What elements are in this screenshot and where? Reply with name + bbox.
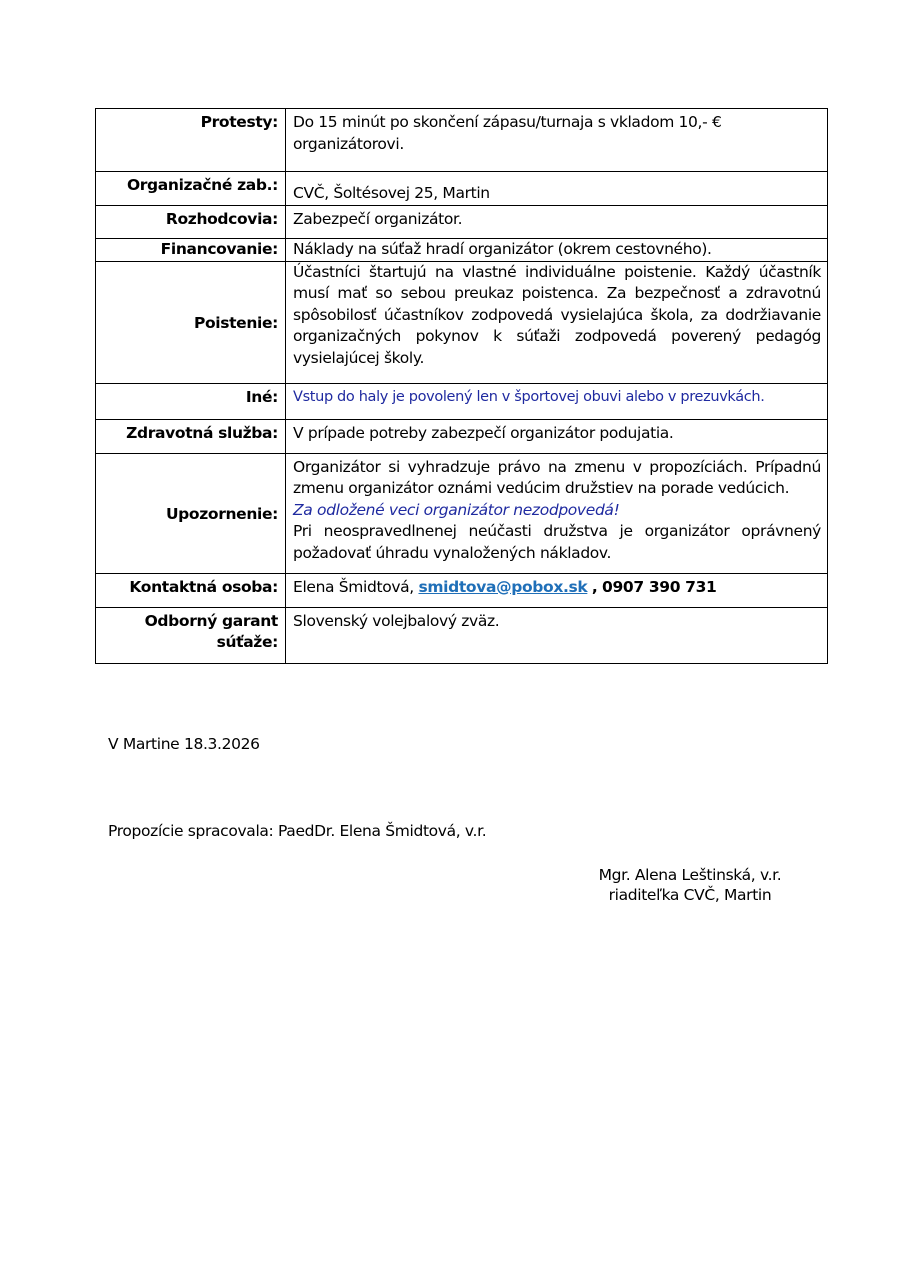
row-value: Elena Šmidtová, smidtova@pobox.sk , 0907… bbox=[286, 573, 828, 607]
row-value: V prípade potreby zabezpečí organizátor … bbox=[286, 419, 828, 453]
row-value: Náklady na súťaž hradí organizátor (okre… bbox=[286, 239, 828, 262]
table-row: Poistenie: Účastníci štartujú na vlastné… bbox=[96, 261, 828, 383]
row-label: Poistenie: bbox=[96, 261, 286, 383]
row-value: Účastníci štartujú na vlastné individuál… bbox=[286, 261, 828, 383]
table-row: Financovanie: Náklady na súťaž hradí org… bbox=[96, 239, 828, 262]
signature-name: Mgr. Alena Leštinská, v.r. bbox=[560, 865, 820, 885]
row-value: Vstup do haly je povolený len v športove… bbox=[286, 383, 828, 419]
row-label: Financovanie: bbox=[96, 239, 286, 262]
row-label: Organizačné zab.: bbox=[96, 172, 286, 206]
row-value: Slovenský volejbalový zväz. bbox=[286, 607, 828, 663]
row-value: Organizátor si vyhradzuje právo na zmenu… bbox=[286, 453, 828, 573]
row-value: Do 15 minút po skončení zápasu/turnaja s… bbox=[286, 109, 828, 172]
document-page: Protesty: Do 15 minút po skončení zápasu… bbox=[0, 0, 905, 1280]
row-label: Zdravotná služba: bbox=[96, 419, 286, 453]
table-row: Odborný garant súťaže: Slovenský volejba… bbox=[96, 607, 828, 663]
label-line: Odborný garant bbox=[96, 611, 278, 633]
row-value: Zabezpečí organizátor. bbox=[286, 206, 828, 239]
row-label: Upozornenie: bbox=[96, 453, 286, 573]
row-label: Iné: bbox=[96, 383, 286, 419]
contact-phone: 0907 390 731 bbox=[602, 578, 716, 596]
table-row: Zdravotná služba: V prípade potreby zabe… bbox=[96, 419, 828, 453]
table-row: Iné: Vstup do haly je povolený len v špo… bbox=[96, 383, 828, 419]
table-row: Organizačné zab.: CVČ, Šoltésovej 25, Ma… bbox=[96, 172, 828, 206]
row-label: Protesty: bbox=[96, 109, 286, 172]
row-label: Kontaktná osoba: bbox=[96, 573, 286, 607]
row-label: Rozhodcovia: bbox=[96, 206, 286, 239]
notice-italic-text: Za odložené veci organizátor nezodpovedá… bbox=[293, 500, 821, 522]
row-value: CVČ, Šoltésovej 25, Martin bbox=[286, 172, 828, 206]
value-line: organizátorovi. bbox=[293, 134, 821, 156]
notice-text-2: Pri neospravedlnenej neúčasti družstva j… bbox=[293, 521, 821, 564]
contact-name: Elena Šmidtová, bbox=[293, 578, 414, 596]
propositions-table: Protesty: Do 15 minút po skončení zápasu… bbox=[95, 108, 828, 664]
prepared-by: Propozície spracovala: PaedDr. Elena Šmi… bbox=[108, 821, 486, 841]
contact-separator: , bbox=[592, 578, 598, 596]
label-line: súťaže: bbox=[96, 632, 278, 654]
signature-block: Mgr. Alena Leštinská, v.r. riaditeľka CV… bbox=[560, 865, 820, 905]
table-row: Protesty: Do 15 minút po skončení zápasu… bbox=[96, 109, 828, 172]
date-line: V Martine 18.3.2026 bbox=[108, 734, 260, 754]
table-row: Upozornenie: Organizátor si vyhradzuje p… bbox=[96, 453, 828, 573]
table-row: Kontaktná osoba: Elena Šmidtová, smidtov… bbox=[96, 573, 828, 607]
contact-email-link[interactable]: smidtova@pobox.sk bbox=[418, 578, 587, 596]
table-row: Rozhodcovia: Zabezpečí organizátor. bbox=[96, 206, 828, 239]
notice-text: Organizátor si vyhradzuje právo na zmenu… bbox=[293, 457, 821, 500]
value-line: Do 15 minút po skončení zápasu/turnaja s… bbox=[293, 112, 821, 134]
signature-title: riaditeľka CVČ, Martin bbox=[560, 885, 820, 905]
row-label: Odborný garant súťaže: bbox=[96, 607, 286, 663]
